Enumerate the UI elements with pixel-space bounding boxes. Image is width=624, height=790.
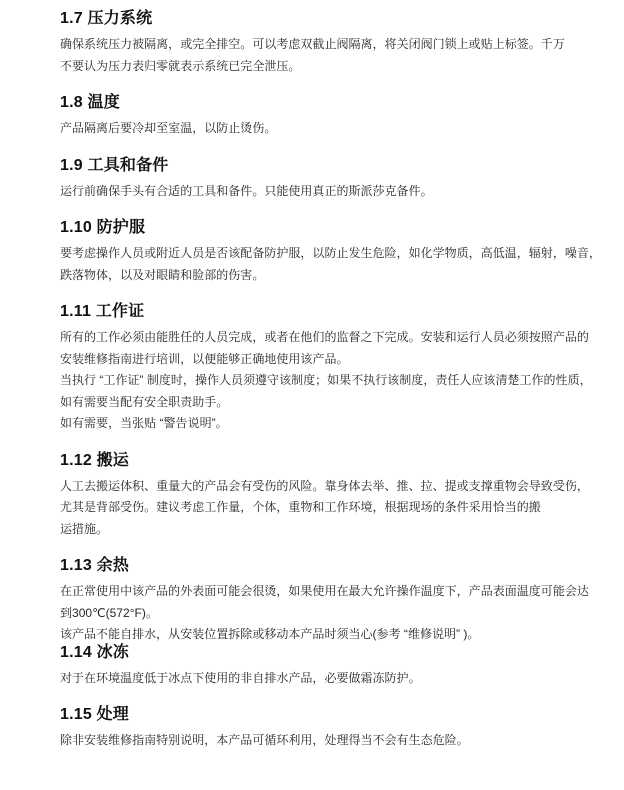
section-permits-to-work: 1.11 工作证 所有的工作必须由能胜任的人员完成，或者在他们的监督之下完成。安… — [60, 303, 580, 435]
section-heading: 1.15 处理 — [60, 706, 580, 724]
body-line: 跌落物体，以及对眼睛和脸部的伤害。 — [60, 265, 580, 287]
body-line: 对于在环境温度低于冰点下使用的非自排水产品，必要做霜冻防护。 — [60, 668, 580, 690]
section-handling: 1.12 搬运 人工去搬运体积、重量大的产品会有受伤的风险。靠身体去举、推、拉、… — [60, 452, 580, 541]
body-line: 安装维修指南进行培训，以便能够正确地使用该产品。 — [60, 349, 580, 371]
body-line: 要考虑操作人员或附近人员是否该配备防护服，以防止发生危险，如化学物质，高低温，辐… — [60, 243, 580, 265]
body-line: 产品隔离后要冷却至室温，以防止烫伤。 — [60, 118, 580, 140]
body-line: 到300℃(572°F)。 — [60, 603, 580, 625]
section-heading: 1.8 温度 — [60, 94, 580, 112]
body-line: 确保系统压力被隔离，或完全排空。可以考虑双截止阀隔离，将关闭阀门锁上或贴上标签。… — [60, 34, 580, 56]
section-freezing: 1.14 冰冻 对于在环境温度低于冰点下使用的非自排水产品，必要做霜冻防护。 — [60, 644, 580, 690]
body-line: 人工去搬运体积、重量大的产品会有受伤的风险。靠身体去举、推、拉、提或支撑重物会导… — [60, 476, 580, 498]
document-page: 1.7 压力系统 确保系统压力被隔离，或完全排空。可以考虑双截止阀隔离，将关闭阀… — [0, 0, 624, 790]
section-temperature: 1.8 温度 产品隔离后要冷却至室温，以防止烫伤。 — [60, 94, 580, 140]
section-protective-clothing: 1.10 防护服 要考虑操作人员或附近人员是否该配备防护服，以防止发生危险，如化… — [60, 219, 580, 286]
body-line: 除非安装维修指南特别说明，本产品可循环利用，处理得当不会有生态危险。 — [60, 730, 580, 752]
section-heading: 1.10 防护服 — [60, 219, 580, 237]
body-line: 在正常使用中该产品的外表面可能会很烫，如果使用在最大允许操作温度下，产品表面温度… — [60, 581, 580, 603]
body-line: 该产品不能自排水，从安装位置拆除或移动本产品时须当心(参考 “维修说明” )。 — [60, 624, 580, 646]
section-heading: 1.12 搬运 — [60, 452, 580, 470]
section-heading: 1.14 冰冻 — [60, 644, 580, 662]
body-line: 运措施。 — [60, 519, 580, 541]
section-residual-heat: 1.13 余热 在正常使用中该产品的外表面可能会很烫，如果使用在最大允许操作温度… — [60, 557, 580, 646]
body-line: 如有需要当配有安全职责助手。 — [60, 392, 580, 414]
body-line: 不要认为压力表归零就表示系统已完全泄压。 — [60, 56, 580, 78]
section-heading: 1.9 工具和备件 — [60, 157, 580, 175]
body-line: 如有需要，当张贴 “警告说明”。 — [60, 413, 580, 435]
section-tools-consumables: 1.9 工具和备件 运行前确保手头有合适的工具和备件。只能使用真正的斯派莎克备件… — [60, 157, 580, 203]
body-line: 尤其是背部受伤。建议考虑工作量，个体，重物和工作环境，根据现场的条件采用恰当的搬 — [60, 497, 580, 519]
section-heading: 1.7 压力系统 — [60, 10, 580, 28]
section-heading: 1.13 余热 — [60, 557, 580, 575]
body-line: 运行前确保手头有合适的工具和备件。只能使用真正的斯派莎克备件。 — [60, 181, 580, 203]
section-pressure-systems: 1.7 压力系统 确保系统压力被隔离，或完全排空。可以考虑双截止阀隔离，将关闭阀… — [60, 10, 580, 77]
section-heading: 1.11 工作证 — [60, 303, 580, 321]
body-line: 所有的工作必须由能胜任的人员完成，或者在他们的监督之下完成。安装和运行人员必须按… — [60, 327, 580, 349]
section-disposal: 1.15 处理 除非安装维修指南特别说明，本产品可循环利用，处理得当不会有生态危… — [60, 706, 580, 752]
body-line: 当执行 “工作证” 制度时，操作人员须遵守该制度；如果不执行该制度，责任人应该清… — [60, 370, 580, 392]
